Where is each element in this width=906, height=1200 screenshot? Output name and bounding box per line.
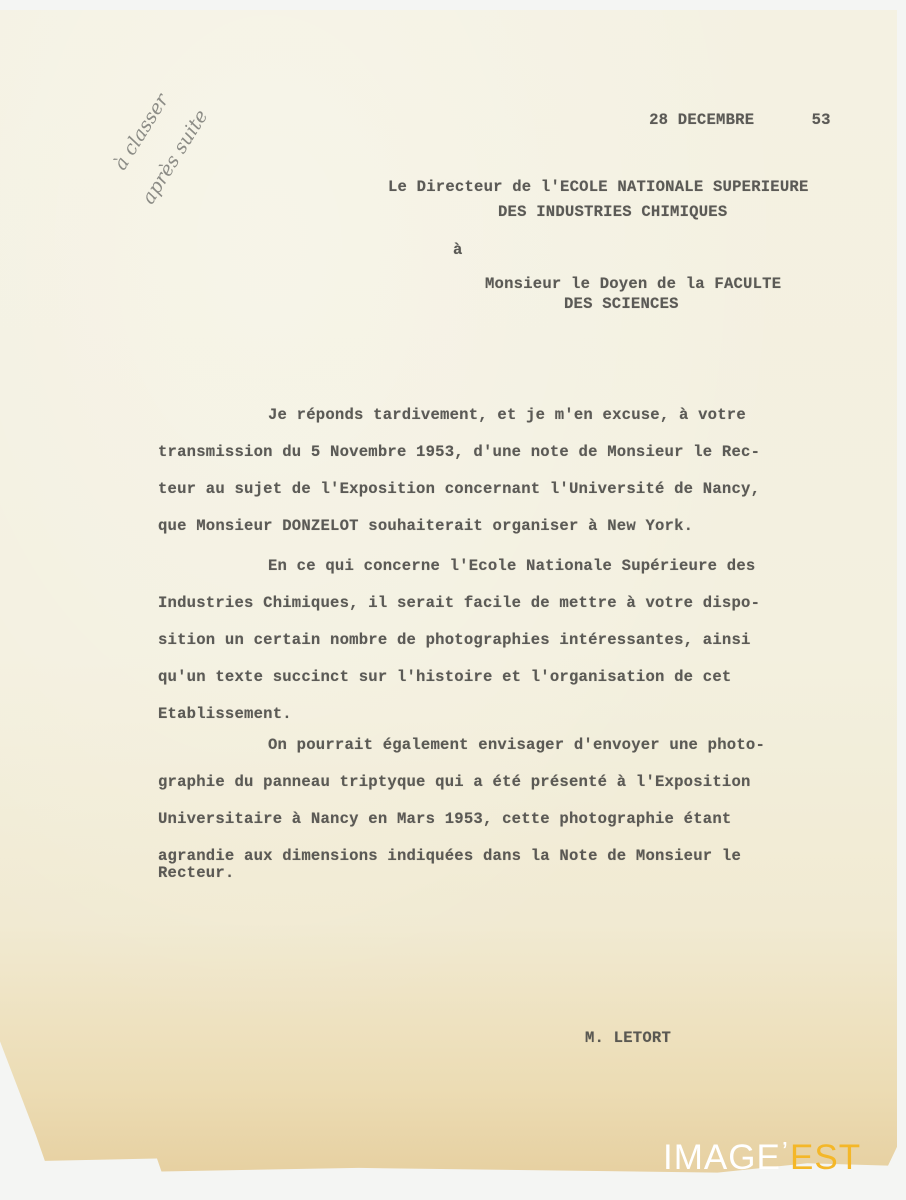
paragraph-1-line: que Monsieur DONZELOT souhaiterait organ… [158, 508, 693, 546]
letter-date: 28 DECEMBRE 53 [630, 93, 831, 129]
paragraph-1-line: teur au sujet de l'Exposition concernant… [158, 471, 760, 509]
date-spacer [754, 111, 811, 129]
recipient-line-1: Monsieur le Doyen de la FACULTE [485, 275, 781, 293]
signature: M. LETORT [585, 1029, 671, 1047]
paragraph-2-line: Industries Chimiques, il serait facile d… [158, 585, 760, 623]
image-est-watermark-logo: IMAGE’EST [663, 1136, 861, 1178]
to-marker: à [453, 241, 463, 259]
watermark-part-est: EST [790, 1138, 861, 1177]
paragraph-3-line: Recteur. [158, 855, 234, 893]
paragraph-2-line: En ce qui concerne l'Ecole Nationale Sup… [268, 548, 755, 586]
paragraph-3-line: On pourrait également envisager d'envoye… [268, 727, 765, 765]
paragraph-1-line: Je réponds tardivement, et je m'en excus… [268, 397, 746, 435]
paragraph-2-line: sition un certain nombre de photographie… [158, 622, 751, 660]
paragraph-3-line: agrandie aux dimensions indiquées dans l… [158, 838, 741, 876]
watermark-apostrophe: ’ [782, 1136, 789, 1167]
date-year: 53 [812, 111, 831, 129]
paragraph-3-line: graphie du panneau triptyque qui a été p… [158, 764, 751, 802]
sender-line-2: DES INDUSTRIES CHIMIQUES [498, 203, 727, 221]
paragraph-3-line: Universitaire à Nancy en Mars 1953, cett… [158, 801, 731, 839]
sender-line-1: Le Directeur de l'ECOLE NATIONALE SUPERI… [388, 178, 809, 196]
paragraph-1-line: transmission du 5 Novembre 1953, d'une n… [158, 434, 760, 472]
recipient-line-2: DES SCIENCES [564, 295, 679, 313]
date-day-month: 28 DECEMBRE [649, 111, 754, 129]
watermark-part-image: IMAGE [663, 1138, 781, 1177]
paragraph-2-line: qu'un texte succinct sur l'histoire et l… [158, 659, 731, 697]
